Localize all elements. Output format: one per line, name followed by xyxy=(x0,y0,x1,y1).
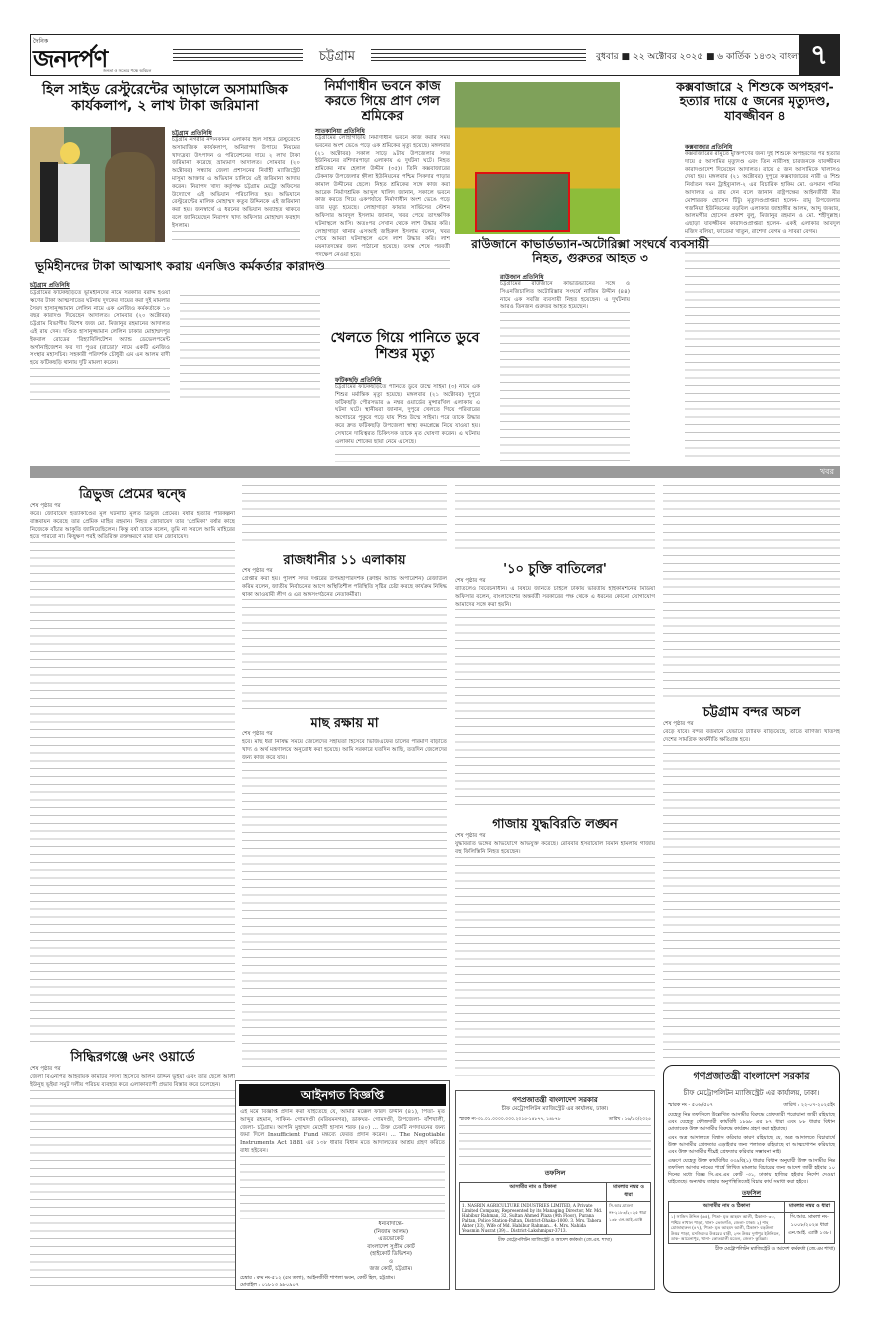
headline-construction[interactable]: নির্মাণাধীন ভবনে কাজ করতে গিয়ে প্রাণ গে… xyxy=(315,80,450,125)
newspaper-page: দৈনিক জনদর্পণ জনতা ও সত্যের পক্ষে অবিচল … xyxy=(30,30,840,1305)
headline-hillside[interactable]: হিল সাইড রেস্টুরেন্টের আড়ালে অসামাজিক ক… xyxy=(30,82,300,114)
cont-body-siddhirganj: জেলা বিএনপির আহবায়ক কমিটির সদস্য হিসেবে… xyxy=(30,1074,235,1289)
newspaper-logo[interactable]: দৈনিক জনদর্পণ জনতা ও সত্যের পক্ষে অবিচল xyxy=(33,36,173,76)
masthead: দৈনিক জনদর্পণ জনতা ও সত্যের পক্ষে অবিচল … xyxy=(30,34,840,76)
body-landless: চট্টগ্রামের ফটিকছড়িতে ভূমিহীনদের নামে স… xyxy=(30,290,320,402)
photo-hillside xyxy=(30,127,165,242)
section-band-news: খবর xyxy=(30,466,840,478)
gov-notice-small-footer: চীফ মেট্রোপলিটন ম্যাজিস্ট্রেট ও আদেশ কর্… xyxy=(459,1237,651,1244)
body-construction: চট্টগ্রামের লোহাগাড়ায় নির্মাণাধীন ভবনে… xyxy=(315,135,450,270)
gov-notice-large-body2: এবং অত্র আদালতে বিশ্বাস করিবার কারণ রহিয… xyxy=(668,1135,835,1156)
logo-name: জনদর্পণ xyxy=(33,41,107,81)
cont-body-capital: গ্রেপ্তার করা হয়। পুলিশ সদর দপ্তরের উপম… xyxy=(242,576,447,711)
cont-body-port: বেড়ে যাবে। বন্দর বর্তমানে যেভাবে ট্যারি… xyxy=(663,729,840,1064)
headline-drowning[interactable]: খেলতে গিয়ে পানিতে ডুবে শিশুর মৃত্যু xyxy=(330,330,480,362)
legal-notice-mobile: মোবাইল : ০১৮১৩ ৯৮০৯০৭ xyxy=(240,1282,299,1290)
gov-notice-large-table: আসামীর নাম ও ঠিকানামামলার নম্বর ও ধারা ১… xyxy=(668,1201,835,1244)
dateline: বুধবার ■ ২২ অক্টোবর ২০২৫ ■ ৬ কার্তিক ১৪৩… xyxy=(596,49,800,64)
gov-notice-small-schedule: তফসিল xyxy=(459,1168,651,1179)
legal-notice-body: এই মর্মে বিজ্ঞপ্তি প্রদান করা যাইতেছে যে… xyxy=(240,1109,445,1219)
gov-notice-small-subtitle: চীফ মেট্রোপলিটন ম্যাজিস্ট্রেট এর কার্যাল… xyxy=(459,1106,651,1114)
legal-notice-title: আইনগত বিজ্ঞপ্তি xyxy=(239,1084,446,1106)
page-number: ৭ xyxy=(799,34,839,76)
gov-notice-large-footer: চীফ মেট্রোপলিটন ম্যাজিস্ট্রেট ও আদেশ কর্… xyxy=(668,1246,835,1254)
body-hillside: চট্টগ্রাম নগরীর নন্দনকানন এলাকার হিল সাই… xyxy=(172,137,300,245)
decorative-lines-right xyxy=(371,49,586,61)
body-coxsbazar: কক্সবাজারের রামুতে মুক্তিপণের জন্য দুই শ… xyxy=(685,151,840,461)
section-title: চট্টগ্রাম xyxy=(319,47,355,68)
decorative-lines-left xyxy=(173,49,303,61)
accused-details: ১) সাজিদ উদ্দিন (৬৫), পিতা- মৃত আহমদ আলী… xyxy=(669,1213,785,1244)
logo-tagline: জনতা ও সত্যের পক্ষে অবিচল xyxy=(103,68,151,75)
gov-notice-large-date: তারিখ : ২২-০৭-২০২৫ইং xyxy=(783,1102,835,1110)
accused-details: 1. NASRIN AGRICULTURE INDUSTRIES LIMITED… xyxy=(460,1202,607,1235)
cont-jump-capital: শেষ পৃষ্ঠার পর xyxy=(242,568,273,576)
gov-notice-large-ref: স্মারক নং - ৫০৬/৫০৭ xyxy=(668,1102,713,1110)
headline-landless[interactable]: ভূমিহীনদের টাকা আত্মসাৎ করায় এনজিও কর্ম… xyxy=(30,260,330,274)
legal-notice-signature: ধন্যবাদান্তে- (নিজাম আলম) এডভোকেট বাংলাদ… xyxy=(346,1221,436,1274)
cont-body-fish: হবে। মাছ ধরা নিষিদ্ধ সময়ে জেলেদের সহায়… xyxy=(242,739,447,1069)
cont-jump-triangle: শেষ পৃষ্ঠার পর xyxy=(30,503,61,511)
cont-jump-siddhirganj: শেষ পৃষ্ঠার পর xyxy=(30,1066,61,1074)
cont-jump-fish: শেষ পৃষ্ঠার পর xyxy=(242,731,273,739)
headline-coxsbazar[interactable]: কক্সবাজারে ২ শিশুকে অপহরণ-হত্যার দায়ে ৫… xyxy=(670,80,840,123)
case-details: সি.আর. মামলা নং- ১০০৮/২০২৪ ধারা এন.আই. এ… xyxy=(784,1213,834,1244)
body-raozan: চট্টগ্রামের রাউজানে কাভার্ডভ্যানের সঙ্গে… xyxy=(500,281,630,461)
gov-notice-large-schedule: তফসিল xyxy=(668,1188,835,1199)
gov-notice-small-body xyxy=(459,1125,651,1167)
cont-body-col3 xyxy=(455,485,655,555)
cont-body-triangle: করে। জোবায়েদ হত্যাকাণ্ডের মূল ঘটনাটি মূ… xyxy=(30,511,235,1046)
gov-notice-small: গণপ্রজাতন্ত্রী বাংলাদেশ সরকার চীফ মেট্রো… xyxy=(455,1090,655,1290)
legal-notice: আইনগত বিজ্ঞপ্তি এই মর্মে বিজ্ঞপ্তি প্রদা… xyxy=(235,1080,450,1290)
case-details: সি.আর.মামলা নং-২১৮৩/২০২৫ ধারা ১৩৮ এন.আই.… xyxy=(607,1202,651,1235)
cont-body-col4 xyxy=(663,485,840,700)
gov-notice-small-title: গণপ্রজাতন্ত্রী বাংলাদেশ সরকার xyxy=(459,1094,651,1106)
photo-raozan xyxy=(455,82,620,234)
body-drowning: চট্টগ্রামের ফটিকছড়িতে পানিতে ডুবে উম্মে… xyxy=(335,384,480,462)
cont-body-col2 xyxy=(242,485,447,545)
gov-notice-large-body3: এক্ষণে যেহেতু উক্ত কার্যবিধির ৩৩৯বি(১) ধ… xyxy=(668,1158,835,1186)
cont-body-deals: বাতিলেও বিবেচনাধীন। এ বিষয়ে জানতে চাইলে… xyxy=(455,586,655,811)
gov-notice-large-body1: যেহেতু নিম্ন তফসিলে উল্লেখিত আসামীর বিরু… xyxy=(668,1112,835,1133)
gov-notice-small-date: তারিখ : ১৬/১০/২০২৫ xyxy=(609,1116,651,1123)
gov-notice-large: গণপ্রজাতন্ত্রী বাংলাদেশ সরকার চীফ মেট্রো… xyxy=(663,1065,840,1293)
cont-jump-port: শেষ পৃষ্ঠার পর xyxy=(663,721,694,729)
gov-notice-large-title: গণপ্রজাতন্ত্রী বাংলাদেশ সরকার xyxy=(668,1070,835,1085)
gov-notice-small-table: আসামীর নাম ও ঠিকানামামলার নম্বর ও ধারা 1… xyxy=(459,1182,651,1235)
cont-jump-deals: শেষ পৃষ্ঠার পর xyxy=(455,578,486,586)
cont-body-gaza: যুদ্ধবিরতি ভঙ্গের অভিযোগে অভিযুক্ত করেছে… xyxy=(455,841,655,1076)
gov-notice-small-ref: স্মারক নং-৩১.০১.০০০০.০০০.২০১৫-১৪৮৭৭, ১৪৮… xyxy=(459,1116,561,1123)
cont-jump-gaza: শেষ পৃষ্ঠার পর xyxy=(455,833,486,841)
gov-notice-large-subtitle: চীফ মেট্রোপলিটন ম্যাজিস্ট্রেট এর কার্যাল… xyxy=(668,1087,835,1099)
